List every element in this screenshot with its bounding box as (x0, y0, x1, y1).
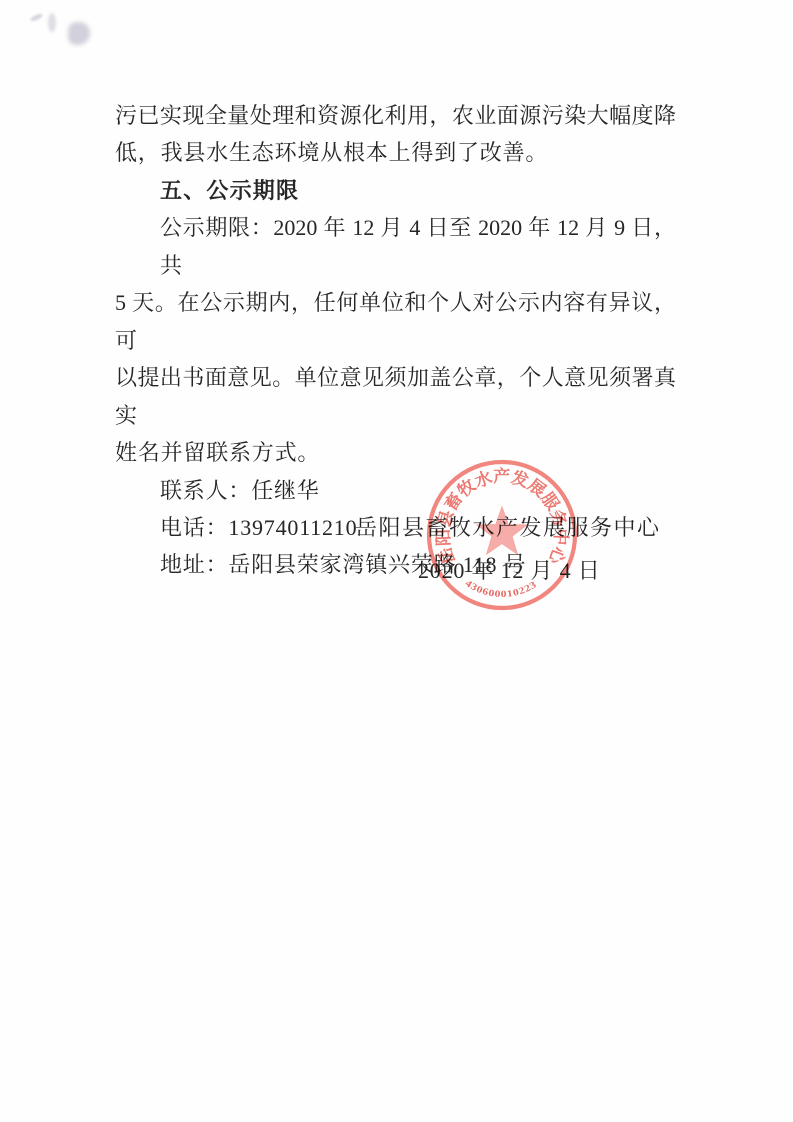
official-seal-stamp: 岳阳县畜牧水产发展服务中心 4306000102232 (424, 457, 580, 613)
body-line: 公示期限：2020 年 12 月 4 日至 2020 年 12 月 9 日，共 (115, 209, 676, 284)
body-line: 姓名并留联系方式。 (115, 434, 676, 471)
scan-smudge (30, 12, 44, 22)
body-line: 5 天。在公示期内，任何单位和个人对公示内容有异议，可 (115, 284, 676, 359)
contact-person-line: 联系人：任继华 (115, 472, 676, 509)
star-icon (477, 507, 526, 554)
body-line: 污已实现全量处理和资源化利用，农业面源污染大幅度降 (115, 97, 676, 134)
body-line: 以提出书面意见。单位意见须加盖公章，个人意见须署真实 (115, 359, 676, 434)
scanned-notice-page: 污已实现全量处理和资源化利用，农业面源污染大幅度降 低，我县水生态环境从根本上得… (0, 0, 793, 1122)
scan-smudge (48, 13, 56, 32)
section-heading: 五、公示期限 (115, 172, 676, 209)
scan-smudge (68, 22, 90, 45)
body-line: 低，我县水生态环境从根本上得到了改善。 (115, 134, 676, 171)
